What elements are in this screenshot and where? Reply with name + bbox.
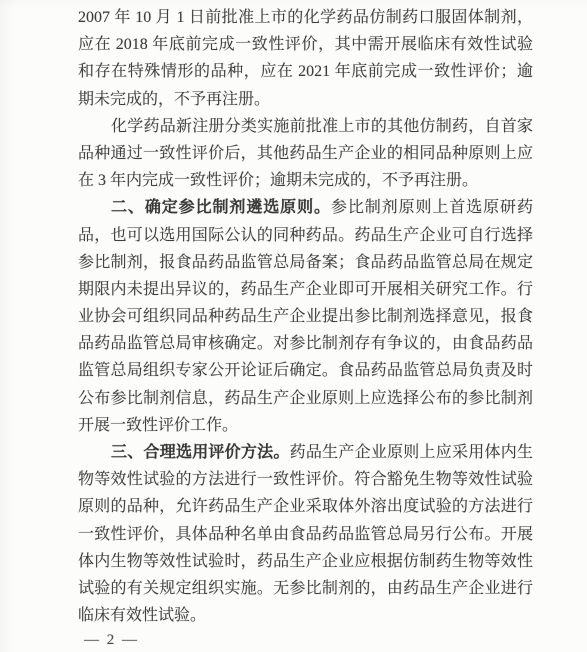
text-line-content: 开展一致性评价工作。 <box>78 417 238 434</box>
text-line: 三、合理选用评价方法。药品生产企业原则上应采用体内生 <box>78 439 533 466</box>
text-line: 物等效性试验的方法进行一致性评价。符合豁免生物等效性试验 <box>78 466 533 493</box>
text-line-content: 参比制剂原则上首选原研药 <box>331 199 533 216</box>
text-line-content: 原则的品种，允许药品生产企业采取体外溶出度试验的方法进行 <box>78 498 533 515</box>
text-line: 参比制剂，报食品药品监管总局备案；食品药品监管总局在规定 <box>78 249 533 276</box>
text-line: 监管总局组织专家公开论证后确定。食品药品监管总局负责及时 <box>78 357 533 384</box>
text-line: 化学药品新注册分类实施前批准上市的其他仿制药，自首家 <box>78 113 533 140</box>
text-line-content: 品种通过一致性评价后，其他药品生产企业的相同品种原则上应 <box>78 145 533 162</box>
text-line: 品，也可以选用国际公认的同种药品。药品生产企业可自行选择 <box>78 222 533 249</box>
text-line-content: 试验的有关规定组织实施。无参比制剂的，由药品生产企业进行 <box>78 580 533 597</box>
text-line: 业协会可组织同品种药品生产企业提出参比制剂选择意见，报食 <box>78 303 533 330</box>
section-heading-2: 二、确定参比制剂遴选原则。 <box>111 199 331 216</box>
text-line-content: 在 3 年内完成一致性评价；逾期未完成的，不予再注册。 <box>78 172 478 189</box>
text-line: 原则的品种，允许药品生产企业采取体外溶出度试验的方法进行 <box>78 493 533 520</box>
text-line-content: 临床有效性试验。 <box>78 607 206 624</box>
document-page: 2007 年 10 月 1 日前批准上市的化学药品仿制药口服固体制剂， 应在 2… <box>0 0 587 652</box>
text-line-content: 监管总局组织专家公开论证后确定。食品药品监管总局负责及时 <box>78 362 533 379</box>
document-text-block: 2007 年 10 月 1 日前批准上市的化学药品仿制药口服固体制剂， 应在 2… <box>78 4 533 629</box>
text-line-content: 参比制剂，报食品药品监管总局备案；食品药品监管总局在规定 <box>78 254 533 271</box>
text-line-content: 一致性评价，具体品种名单由食品药品监管总局另行公布。开展 <box>78 526 533 543</box>
text-line: 期限内未提出异议的，药品生产企业即可开展相关研究工作。行 <box>78 276 533 303</box>
text-line: 应在 2018 年底前完成一致性评价，其中需开展临床有效性试验 <box>78 31 533 58</box>
text-line: 一致性评价，具体品种名单由食品药品监管总局另行公布。开展 <box>78 521 533 548</box>
text-line-content: 公布参比制剂信息，药品生产企业原则上应选择公布的参比制剂 <box>78 390 533 407</box>
text-line-content: 化学药品新注册分类实施前批准上市的其他仿制药，自首家 <box>111 118 533 135</box>
text-line: 在 3 年内完成一致性评价；逾期未完成的，不予再注册。 <box>78 167 533 194</box>
text-line-content: 品，也可以选用国际公认的同种药品。药品生产企业可自行选择 <box>78 227 533 244</box>
text-line-content: 和存在特殊情形的品种，应在 2021 年底前完成一致性评价；逾 <box>78 63 533 80</box>
text-line-content: 期限内未提出异议的，药品生产企业即可开展相关研究工作。行 <box>78 281 533 298</box>
text-line-content: 体内生物等效性试验时，药品生产企业应根据仿制药生物等效性 <box>78 553 533 570</box>
text-line: 2007 年 10 月 1 日前批准上市的化学药品仿制药口服固体制剂， <box>78 4 533 31</box>
text-line-content: 应在 2018 年底前完成一致性评价，其中需开展临床有效性试验 <box>78 36 533 53</box>
text-line: 和存在特殊情形的品种，应在 2021 年底前完成一致性评价；逾 <box>78 58 533 85</box>
text-line: 临床有效性试验。 <box>78 602 533 629</box>
text-line-content: 品药品监管总局审核确定。对参比制剂存有争议的，由食品药品 <box>78 335 533 352</box>
section-heading-3: 三、合理选用评价方法。 <box>111 444 290 461</box>
text-line: 二、确定参比制剂遴选原则。参比制剂原则上首选原研药 <box>78 194 533 221</box>
text-line: 开展一致性评价工作。 <box>78 412 533 439</box>
text-line: 试验的有关规定组织实施。无参比制剂的，由药品生产企业进行 <box>78 575 533 602</box>
text-line: 体内生物等效性试验时，药品生产企业应根据仿制药生物等效性 <box>78 548 533 575</box>
page-number: — 2 — <box>84 630 139 651</box>
text-line: 公布参比制剂信息，药品生产企业原则上应选择公布的参比制剂 <box>78 385 533 412</box>
text-line-content: 2007 年 10 月 1 日前批准上市的化学药品仿制药口服固体制剂， <box>78 9 533 26</box>
text-line: 期未完成的，不予再注册。 <box>78 86 533 113</box>
text-line-content: 业协会可组织同品种药品生产企业提出参比制剂选择意见，报食 <box>78 308 533 325</box>
text-line-content: 期未完成的，不予再注册。 <box>78 91 270 108</box>
text-line: 品药品监管总局审核确定。对参比制剂存有争议的，由食品药品 <box>78 330 533 357</box>
text-line: 品种通过一致性评价后，其他药品生产企业的相同品种原则上应 <box>78 140 533 167</box>
text-line-content: 物等效性试验的方法进行一致性评价。符合豁免生物等效性试验 <box>78 471 533 488</box>
text-line-content: 药品生产企业原则上应采用体内生 <box>290 444 533 461</box>
